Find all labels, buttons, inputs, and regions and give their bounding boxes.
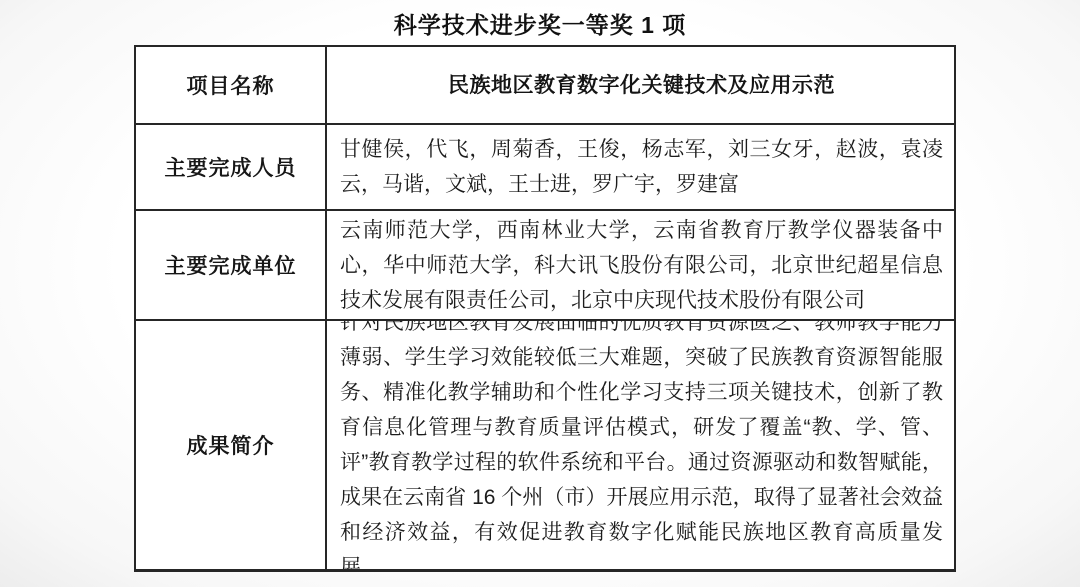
project-name-label: 项目名称: [136, 47, 327, 123]
table-row-achievement-intro: 成果简介 针对民族地区教育发展面临的优质教育资源匮乏、教师教学能力薄弱、学生学习…: [136, 319, 954, 569]
project-name-cell: 民族地区教育数字化关键技术及应用示范: [327, 47, 954, 123]
main-units-value: 云南师范大学，西南林业大学，云南省教育厅教学仪器装备中心，华中师范大学，科大讯飞…: [340, 213, 943, 318]
table-row-main-units: 主要完成单位 云南师范大学，西南林业大学，云南省教育厅教学仪器装备中心，华中师范…: [136, 209, 954, 319]
main-staff-value: 甘健侯，代飞，周菊香，王俊，杨志军，刘三女牙，赵波，袁凌云，马谐，文斌，王士进，…: [340, 132, 943, 202]
main-staff-cell: 甘健侯，代飞，周菊香，王俊，杨志军，刘三女牙，赵波，袁凌云，马谐，文斌，王士进，…: [327, 125, 954, 209]
document-page: { "header": { "title": "科学技术进步奖一等奖 1 项" …: [0, 0, 1080, 587]
achievement-intro-label: 成果简介: [136, 321, 327, 569]
achievement-intro-cell: 针对民族地区教育发展面临的优质教育资源匮乏、教师教学能力薄弱、学生学习效能较低三…: [327, 321, 954, 569]
main-staff-label: 主要完成人员: [136, 125, 327, 209]
main-units-label: 主要完成单位: [136, 211, 327, 319]
table-row-main-staff: 主要完成人员 甘健侯，代飞，周菊香，王俊，杨志军，刘三女牙，赵波，袁凌云，马谐，…: [136, 123, 954, 209]
page-title: 科学技术进步奖一等奖 1 项: [0, 7, 1080, 40]
achievement-intro-value: 针对民族地区教育发展面临的优质教育资源匮乏、教师教学能力薄弱、学生学习效能较低三…: [340, 321, 943, 569]
award-table: 项目名称 民族地区教育数字化关键技术及应用示范 主要完成人员 甘健侯，代飞，周菊…: [134, 45, 956, 572]
project-name-value: 民族地区教育数字化关键技术及应用示范: [340, 68, 943, 103]
table-row-project-name: 项目名称 民族地区教育数字化关键技术及应用示范: [136, 47, 954, 123]
main-units-cell: 云南师范大学，西南林业大学，云南省教育厅教学仪器装备中心，华中师范大学，科大讯飞…: [327, 211, 954, 319]
